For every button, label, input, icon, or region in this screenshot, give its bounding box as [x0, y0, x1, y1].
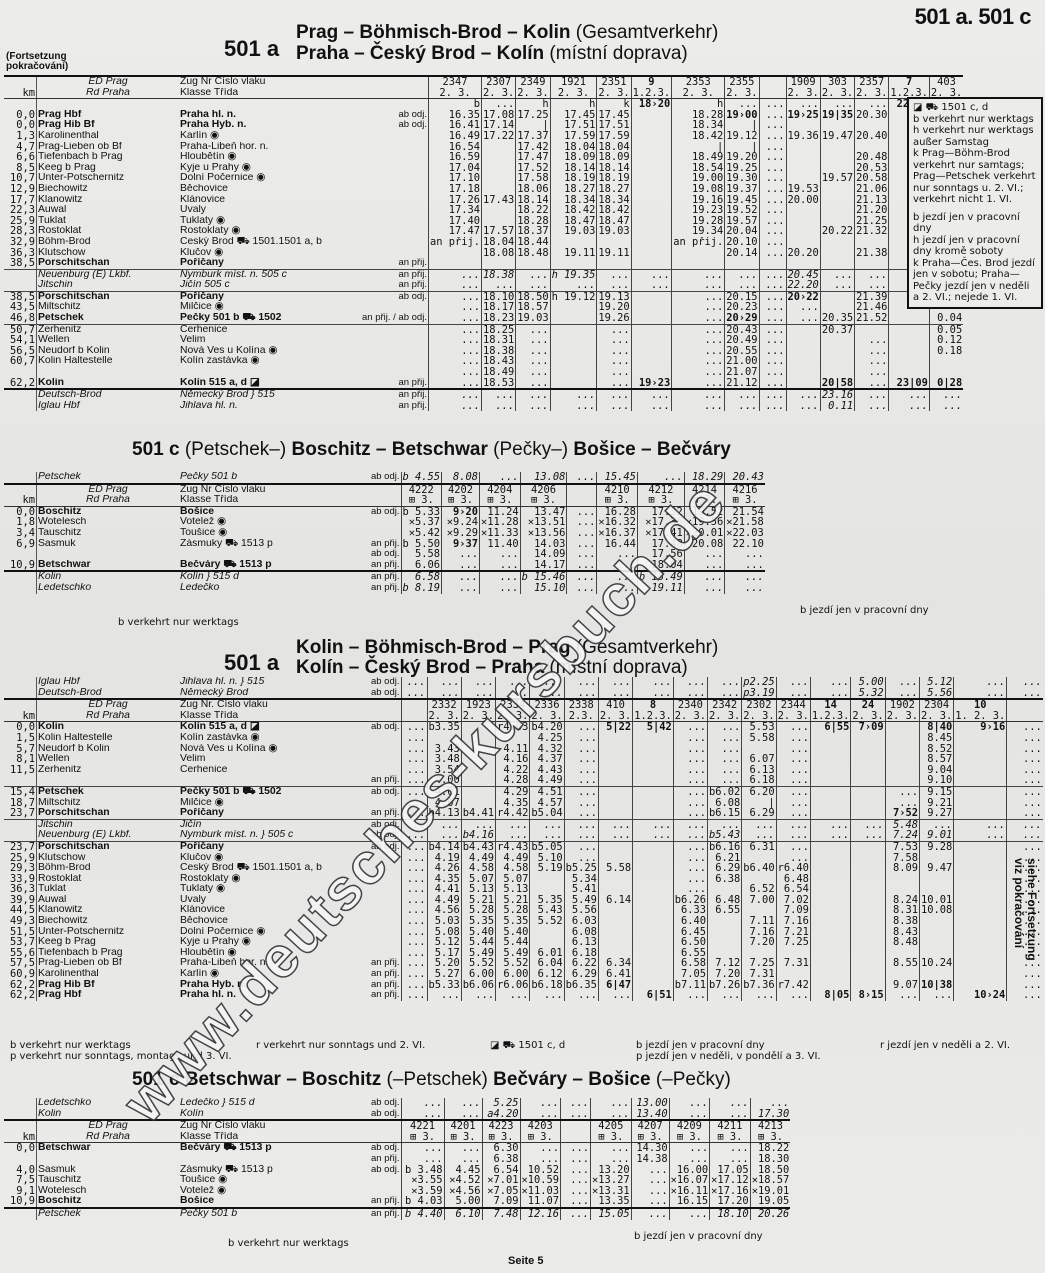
- arr-dep-label: [361, 1175, 401, 1186]
- time-cell: [631, 237, 672, 248]
- train-class: ⊞ 3.: [631, 1132, 669, 1143]
- time-cell: ...: [598, 677, 632, 688]
- train-class: ⊞ 3.: [401, 1132, 444, 1143]
- station-de: Auwal: [37, 895, 180, 906]
- time-cell: 5.13: [496, 884, 530, 895]
- time-cell: [954, 808, 1007, 819]
- station-cz: Nová Ves u Kolína ◉: [179, 346, 361, 357]
- time-cell: 17.14: [482, 120, 516, 131]
- time-cell: ...: [401, 874, 427, 885]
- time-cell: ...: [496, 819, 530, 830]
- time-cell: ...: [673, 798, 707, 809]
- header-row-train-number: ED PragZug Nr Číslo vlaku234723072349192…: [4, 76, 963, 88]
- time-cell: 22.10: [725, 539, 765, 550]
- time-cell: [786, 205, 820, 216]
- km-cell: 5,7: [4, 744, 37, 755]
- time-cell: ...: [401, 895, 427, 906]
- station-row: 51,5Unter-PotschernitzDolní Počernice ◉.…: [4, 927, 1043, 938]
- time-cell: 9›37: [442, 539, 480, 550]
- time-cell: ...: [885, 688, 919, 700]
- time-cell: ...: [442, 583, 480, 594]
- time-cell: 18›20: [631, 99, 672, 110]
- time-cell: [776, 948, 810, 959]
- station-cz: Pečky 501 b ⛟ 1502: [179, 313, 361, 324]
- station-cz: Cerhenice: [179, 765, 361, 776]
- time-cell: [885, 969, 919, 980]
- arr-dep-label: ab odj.: [361, 291, 428, 302]
- time-cell: ...: [564, 841, 598, 852]
- time-cell: [954, 948, 1007, 959]
- header-row-class: kmRd PrahaKlasse Třída⊞ 3.⊞ 3.⊞ 3.⊞ 3.⊞ …: [4, 495, 765, 506]
- time-cell: 5.34: [564, 874, 598, 885]
- time-cell: 7.58: [885, 853, 919, 864]
- time-cell: [810, 744, 851, 755]
- time-cell: ...: [742, 990, 776, 1001]
- time-cell: 17.25: [516, 110, 550, 121]
- station-cz: Kolín zastávka ◉: [179, 733, 361, 744]
- time-cell: k: [597, 99, 631, 110]
- title-cz-suffix: (místní doprava): [544, 43, 688, 64]
- time-cell: 6.18: [564, 948, 598, 959]
- time-cell: ...: [759, 110, 786, 121]
- km-cell: 60,9: [4, 969, 37, 980]
- time-cell: [786, 142, 820, 153]
- time-cell: ...: [496, 830, 530, 841]
- station-de: Ledetschko: [37, 583, 180, 594]
- time-cell: [725, 258, 759, 269]
- time-cell: b6.40: [742, 863, 776, 874]
- time-cell: 6.34: [598, 958, 632, 969]
- station-de: Neuenburg (E) Lkbf.: [37, 269, 180, 280]
- time-cell: 0|28: [929, 378, 963, 390]
- time-cell: 19.08: [672, 184, 725, 195]
- time-cell: 20.23: [725, 302, 759, 313]
- time-cell: ...: [401, 990, 427, 1001]
- time-cell: [633, 958, 674, 969]
- time-cell: ...: [759, 142, 786, 153]
- station-row: an přij.......6.38.........14.38......18…: [4, 1154, 790, 1165]
- time-cell: ...: [567, 472, 597, 484]
- time-cell: 10.52: [520, 1165, 561, 1176]
- time-cell: ...: [776, 819, 810, 830]
- title-cz: Praha – Český Brod – Kolín: [296, 43, 544, 64]
- time-cell: ...: [708, 819, 742, 830]
- km-cell: 1,3: [4, 131, 37, 142]
- : [361, 88, 428, 99]
- time-cell: 5.20: [427, 958, 461, 969]
- time-cell: [598, 744, 632, 755]
- time-cell: ...: [673, 722, 707, 733]
- arr-dep-label: ab odj.: [361, 472, 401, 484]
- time-cell: [550, 324, 597, 335]
- time-cell: ...: [598, 819, 632, 830]
- time-cell: [810, 905, 851, 916]
- time-cell: 18.28: [672, 110, 725, 121]
- time-cell: 5.00: [851, 677, 885, 688]
- time-cell: 5.28: [461, 905, 495, 916]
- time-cell: 6|51: [633, 990, 674, 1001]
- train-number: 2332: [427, 699, 461, 711]
- time-cell: ✕9.24: [442, 517, 480, 528]
- km-cell: 8,5: [4, 163, 37, 174]
- station-row: 10,7Unter-PotschernitzDolní Počernice ◉1…: [4, 173, 963, 184]
- time-cell: [810, 895, 851, 906]
- time-cell: 6.45: [673, 927, 707, 938]
- station-de: Tauschitz: [37, 528, 180, 539]
- train-number-label: Zug Nr Číslo vlaku: [179, 1120, 361, 1132]
- time-cell: ✕13.56: [520, 528, 567, 539]
- time-cell: ...: [564, 744, 598, 755]
- train-number: 4223: [482, 1120, 520, 1132]
- time-cell: [919, 884, 953, 895]
- station-de: Porschitschan: [37, 258, 180, 269]
- time-cell: [820, 152, 854, 163]
- arr-dep-label: [361, 152, 428, 163]
- time-cell: ...: [561, 1175, 591, 1186]
- time-cell: ...: [810, 830, 851, 841]
- time-cell: 6.00: [496, 969, 530, 980]
- time-cell: ...: [673, 884, 707, 895]
- km-cell: [4, 472, 37, 484]
- time-cell: 7.09: [482, 1196, 520, 1208]
- time-cell: ...: [759, 120, 786, 131]
- time-cell: [820, 142, 854, 153]
- time-cell: [820, 258, 854, 269]
- time-cell: 16.00: [669, 1165, 710, 1176]
- time-cell: ...: [750, 1098, 790, 1109]
- train-number: 2307: [482, 76, 516, 88]
- time-cell: 19.57: [725, 216, 759, 227]
- continuation-side-note: siehe Fortsetzungviz pokračování: [1012, 858, 1038, 961]
- time-cell: [851, 937, 885, 948]
- time-cell: [851, 905, 885, 916]
- title-mid: (–Petschek): [381, 1069, 493, 1090]
- time-cell: 18.06: [516, 184, 550, 195]
- footnote-de: b verkehrt nur werktags: [118, 617, 239, 628]
- station-cz: [179, 99, 361, 110]
- time-cell: [786, 216, 820, 227]
- time-cell: 5|22: [598, 722, 632, 733]
- time-cell: b: [428, 99, 481, 110]
- time-cell: ...: [631, 389, 672, 401]
- time-cell: 5.58: [598, 863, 632, 874]
- time-cell: [954, 884, 1007, 895]
- time-cell: 13.40: [631, 1109, 669, 1121]
- station-row: 10,9BoschitzBošicean přij.b 4.035.007.09…: [4, 1196, 790, 1208]
- time-cell: ...: [855, 346, 889, 357]
- km-cell: [4, 677, 37, 688]
- time-cell: 0.12: [929, 335, 963, 346]
- time-cell: ...: [633, 677, 674, 688]
- time-cell: 5.12: [919, 677, 953, 688]
- time-cell: ...: [597, 401, 631, 412]
- time-cell: ...: [710, 1098, 751, 1109]
- time-cell: 20.45: [786, 269, 820, 280]
- station-de: Petschek: [37, 1208, 180, 1220]
- time-cell: 10›24: [954, 990, 1007, 1001]
- time-cell: [633, 841, 674, 852]
- legend-box: ◪ ⛟ 1501 c, db verkehrt nur werktagsh ve…: [907, 97, 1043, 309]
- time-cell: 17.45: [550, 110, 597, 121]
- time-cell: [631, 226, 672, 237]
- time-cell: 20.04: [725, 226, 759, 237]
- time-cell: [633, 808, 674, 819]
- time-cell: 15.05: [591, 1208, 632, 1220]
- time-cell: 17.51: [550, 120, 597, 131]
- time-cell: b4.43: [461, 841, 495, 852]
- train-class: [561, 1132, 591, 1143]
- time-cell: ...: [401, 916, 427, 927]
- time-cell: [820, 248, 854, 259]
- station-de: Prag Hbf: [37, 990, 180, 1001]
- legend-line: b jezdí jen v pracovní dny: [913, 212, 1037, 235]
- time-cell: ...: [480, 583, 521, 594]
- time-cell: ...: [725, 571, 765, 583]
- km-cell: 49,3: [4, 916, 37, 927]
- time-cell: [954, 786, 1007, 797]
- km-cell: [4, 1208, 37, 1220]
- time-cell: 20.37: [820, 324, 854, 335]
- train-class: ⊞ 3.: [401, 495, 442, 506]
- time-cell: 11.40: [480, 539, 521, 550]
- time-cell: ...: [759, 389, 786, 401]
- station-de: Karolinenthal: [37, 131, 180, 142]
- km-cell: 15,4: [4, 786, 37, 797]
- train-class: 1.2.3.: [633, 711, 674, 722]
- time-cell: 11.24: [480, 506, 521, 517]
- time-cell: ...: [401, 958, 427, 969]
- timetable: LedetschkoLedečko } 515 dab odj.......5.…: [4, 1098, 790, 1220]
- time-cell: ...: [567, 549, 597, 560]
- time-cell: b7.36: [742, 980, 776, 991]
- time-cell: 14.17: [520, 560, 567, 572]
- time-cell: ...: [673, 808, 707, 819]
- time-cell: [885, 884, 919, 895]
- time-cell: [929, 356, 963, 367]
- time-cell: 5.03: [427, 916, 461, 927]
- time-cell: [742, 853, 776, 864]
- time-cell: 8›15: [851, 990, 885, 1001]
- time-cell: [820, 302, 854, 313]
- time-cell: 18.30: [750, 1154, 790, 1165]
- time-cell: 6.00: [461, 969, 495, 980]
- time-cell: [633, 754, 674, 765]
- time-cell: [633, 884, 674, 895]
- time-cell: 6.08: [564, 927, 598, 938]
- time-cell: 7.16: [776, 916, 810, 927]
- time-cell: 5.19: [530, 863, 564, 874]
- time-cell: 19.00: [672, 173, 725, 184]
- km-cell: 36,3: [4, 884, 37, 895]
- time-cell: ...: [564, 733, 598, 744]
- time-cell: ...: [591, 1154, 632, 1165]
- time-cell: [631, 205, 672, 216]
- km-cell: 6,9: [4, 539, 37, 550]
- time-cell: ...: [496, 990, 530, 1001]
- station-row: Neuenburg (E) Lkbf.Nymburk míst. n. 505 …: [4, 269, 963, 280]
- time-cell: 9.01: [919, 830, 953, 841]
- train-number: 24: [851, 699, 885, 711]
- time-cell: ...: [759, 324, 786, 335]
- time-cell: 5.35: [461, 916, 495, 927]
- station-row: 8,5Keeg b PragKyje u Prahy ◉17.0417.5218…: [4, 163, 963, 174]
- time-cell: ...: [561, 1109, 591, 1121]
- station-cz: Český Brod ⛟ 1501.1501 a, b: [179, 237, 361, 248]
- time-cell: ...: [631, 269, 672, 280]
- time-cell: 19.11: [550, 248, 597, 259]
- time-cell: ...: [672, 280, 725, 291]
- time-cell: ...: [564, 990, 598, 1001]
- section-number: 501 a: [224, 650, 279, 676]
- train-class: 2. 3.: [742, 711, 776, 722]
- station-de: Auwal: [37, 205, 180, 216]
- time-cell: [786, 237, 820, 248]
- time-cell: ...: [954, 819, 1007, 830]
- arr-dep-label: an přij.: [361, 1196, 401, 1208]
- time-cell: a4.20: [482, 1109, 520, 1121]
- time-cell: ...: [561, 1196, 591, 1208]
- time-cell: [885, 948, 919, 959]
- arr-dep-label: [361, 302, 428, 313]
- time-cell: 20.15: [725, 291, 759, 302]
- station-row: PetschekPečky 501 ban přij.b 4.406.107.4…: [4, 1208, 790, 1220]
- time-cell: ...: [561, 1165, 591, 1176]
- time-cell: 6.55: [708, 905, 742, 916]
- km-cell: 10,7: [4, 173, 37, 184]
- time-cell: ...: [725, 280, 759, 291]
- time-cell: ...: [482, 389, 516, 401]
- time-cell: [759, 258, 786, 269]
- station-cz: Praha hl. n.: [179, 110, 361, 121]
- time-cell: [855, 142, 889, 153]
- time-cell: [919, 937, 953, 948]
- km-cell: 1,8: [4, 517, 37, 528]
- time-cell: ...: [855, 280, 889, 291]
- station-cz: Nová Ves u Kolína ◉: [179, 744, 361, 755]
- time-cell: [631, 152, 672, 163]
- time-cell: ...: [444, 1109, 482, 1121]
- time-cell: 19.20: [725, 152, 759, 163]
- arr-dep-label: [361, 226, 428, 237]
- time-cell: 18.14: [516, 195, 550, 206]
- time-cell: 20.43: [725, 472, 765, 484]
- time-cell: ...: [401, 1143, 444, 1154]
- time-cell: ...: [550, 389, 597, 401]
- train-class: [567, 495, 597, 506]
- time-cell: 20.22: [820, 226, 854, 237]
- time-cell: 5.07: [496, 874, 530, 885]
- arr-dep-label: an přij.: [361, 378, 428, 390]
- time-cell: b 4.40: [401, 1208, 444, 1220]
- time-cell: ...: [786, 401, 820, 412]
- time-cell: ...: [855, 401, 889, 412]
- time-cell: [954, 969, 1007, 980]
- time-cell: ...: [442, 560, 480, 572]
- time-cell: 18.50: [750, 1165, 790, 1176]
- train-class: 2. 3.: [708, 711, 742, 722]
- time-cell: 6.31: [742, 841, 776, 852]
- km-cell: 29,3: [4, 863, 37, 874]
- station-cz: Votelež ◉: [179, 517, 361, 528]
- time-cell: [889, 367, 930, 378]
- arr-dep-label: ab odj.: [361, 506, 401, 517]
- time-cell: ...: [672, 346, 725, 357]
- km-cell: 28,3: [4, 226, 37, 237]
- train-number: 4207: [631, 1120, 669, 1132]
- train-class: ⊞ 3.: [444, 1132, 482, 1143]
- station-de: [37, 1154, 180, 1165]
- time-cell: [851, 884, 885, 895]
- km-header: km: [4, 1132, 37, 1143]
- time-cell: [633, 798, 674, 809]
- time-cell: ...: [710, 1154, 751, 1165]
- page-number: Seite 5: [508, 1255, 543, 1267]
- time-cell: [633, 980, 674, 991]
- time-cell: 21.06: [855, 184, 889, 195]
- time-cell: [786, 378, 820, 390]
- time-cell: 8.52: [919, 744, 953, 755]
- arr-dep-label: ab odj.: [361, 677, 401, 688]
- time-cell: [885, 754, 919, 765]
- continuation-label: (Fortsetzung pokračování): [6, 52, 68, 72]
- time-cell: ...: [759, 302, 786, 313]
- time-cell: 17.47: [516, 152, 550, 163]
- station-de: Prag-Lieben ob Bf: [37, 958, 180, 969]
- arr-dep-label: ab odj.: [361, 1165, 401, 1176]
- continuation-cz: pokračování): [6, 62, 68, 72]
- station-row: 12,9BiechowitzBěchovice17.1818.0618.2718…: [4, 184, 963, 195]
- time-cell: ...: [710, 1143, 751, 1154]
- time-cell: [482, 184, 516, 195]
- arr-dep-label: [361, 937, 401, 948]
- time-cell: ...: [672, 302, 725, 313]
- time-cell: ✕22.03: [725, 528, 765, 539]
- train-number: 2340: [673, 699, 707, 711]
- time-cell: 7›52: [885, 808, 919, 819]
- station-cz: Velim: [179, 754, 361, 765]
- time-cell: 22.20: [786, 280, 820, 291]
- station-de: Tiefenbach b Prag: [37, 948, 180, 959]
- train-number: 4203: [520, 1120, 561, 1132]
- time-cell: [810, 733, 851, 744]
- time-cell: ...: [759, 313, 786, 324]
- time-cell: 19.36: [786, 131, 820, 142]
- time-cell: [633, 765, 674, 776]
- time-cell: ...: [759, 291, 786, 302]
- time-cell: 23|09: [889, 378, 930, 390]
- time-cell: [550, 346, 597, 357]
- station-de: Petschek: [37, 786, 180, 797]
- time-cell: 7.11: [742, 916, 776, 927]
- arr-dep-label: [361, 916, 401, 927]
- footnote: r jezdí jen v neděli a 2. VI.: [880, 1040, 1010, 1051]
- time-cell: ...: [480, 560, 521, 572]
- station-de: Kolin Haltestelle: [37, 356, 180, 367]
- time-cell: ...: [401, 948, 427, 959]
- time-cell: 16.59: [428, 152, 481, 163]
- time-cell: [820, 184, 854, 195]
- time-cell: 23.16: [820, 389, 854, 401]
- time-cell: [810, 853, 851, 864]
- time-cell: ...: [631, 280, 672, 291]
- arr-dep-label: [361, 163, 428, 174]
- time-cell: r7.42: [776, 980, 810, 991]
- time-cell: [820, 205, 854, 216]
- time-cell: ✕17.12: [710, 1175, 751, 1186]
- km-header: [4, 1120, 37, 1132]
- station-de: Petschek: [37, 313, 180, 324]
- train-number: 2355: [725, 76, 759, 88]
